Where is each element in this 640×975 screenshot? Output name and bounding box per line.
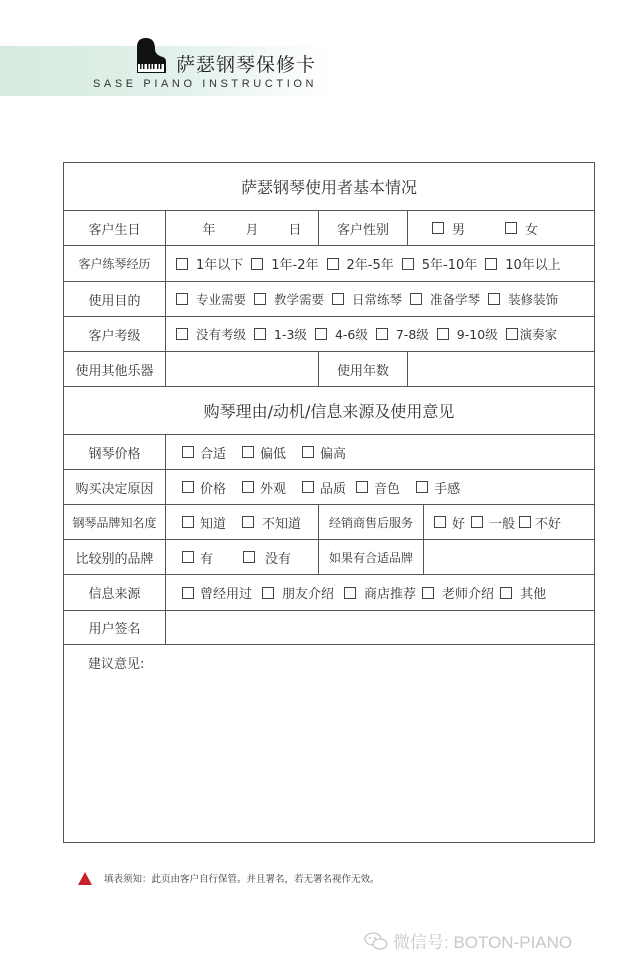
checkbox[interactable]: [432, 222, 444, 234]
section1-title: 萨瑟钢琴使用者基本情况: [241, 175, 417, 198]
experience-option[interactable]: 1年-2年: [251, 254, 318, 273]
checkbox[interactable]: [485, 258, 497, 270]
checkbox[interactable]: [176, 293, 188, 305]
purpose-option[interactable]: 准备学琴: [410, 290, 480, 308]
wechat-icon: [363, 931, 389, 951]
month-label: 月: [245, 219, 258, 238]
brand-title: 萨瑟钢琴保修卡: [176, 50, 316, 77]
checkbox[interactable]: [416, 481, 428, 493]
checkbox[interactable]: [242, 481, 254, 493]
reason-options: 价格 外观 品质 音色 手感: [165, 470, 594, 504]
row-purpose: 使用目的 专业需要 教学需要 日常练琴 准备学琴 装修装饰: [64, 281, 594, 316]
checkbox[interactable]: [302, 481, 314, 493]
reason-option[interactable]: 外观: [242, 478, 286, 497]
experience-label: 客户练琴经历: [64, 246, 165, 281]
service-options: 好 一般 不好: [423, 505, 594, 539]
source-option[interactable]: 商店推荐: [344, 583, 416, 602]
warranty-form-table: 萨瑟钢琴使用者基本情况 客户生日 年 月 日 客户性别 男 女 客户练琴经历 1…: [63, 162, 595, 843]
checkbox[interactable]: [356, 481, 368, 493]
compare-options: 有 没有: [165, 540, 318, 574]
watermark-text: 微信号: BOTON-PIANO: [393, 928, 572, 953]
source-options: 曾经用过 朋友介绍 商店推荐 老师介绍 其他: [165, 575, 594, 610]
gender-options: 男 女: [407, 211, 594, 245]
experience-option[interactable]: 2年-5年: [327, 254, 394, 273]
checkbox[interactable]: [315, 328, 327, 340]
checkbox[interactable]: [254, 328, 266, 340]
checkbox[interactable]: [182, 551, 194, 563]
day-label: 日: [289, 219, 302, 238]
notice-text: 填表须知：此页由客户自行保管。并且署名，若无署名视作无效。: [104, 871, 380, 885]
grade-option[interactable]: 9-10级: [437, 325, 498, 343]
suggestions-label: 建议意见:: [88, 653, 144, 672]
suitable-brand-label: 如果有合适品牌: [318, 540, 423, 574]
checkbox[interactable]: [302, 446, 314, 458]
brand-awareness-option[interactable]: 不知道: [242, 513, 301, 532]
signature-label: 用户签名: [64, 611, 165, 644]
checkbox[interactable]: [505, 222, 517, 234]
purpose-option[interactable]: 教学需要: [254, 290, 324, 308]
checkbox[interactable]: [500, 587, 512, 599]
experience-options: 1年以下 1年-2年 2年-5年 5年-10年 10年以上: [165, 246, 594, 281]
grade-options: 没有考级 1-3级 4-6级 7-8级 9-10级 演奏家: [165, 317, 594, 351]
suitable-brand-field[interactable]: [423, 540, 594, 574]
service-label: 经销商售后服务: [318, 505, 423, 539]
row-experience: 客户练琴经历 1年以下 1年-2年 2年-5年 5年-10年 10年以上: [64, 245, 594, 281]
other-instruments-field[interactable]: [165, 352, 318, 386]
brand-awareness-label: 钢琴品牌知名度: [64, 505, 165, 539]
source-label: 信息来源: [64, 575, 165, 610]
row-other-instruments: 使用其他乐器 使用年数: [64, 351, 594, 386]
section2-header: 购琴理由/动机/信息来源及使用意见: [64, 386, 594, 434]
checkbox[interactable]: [182, 516, 194, 528]
reason-option[interactable]: 手感: [416, 478, 460, 497]
source-option[interactable]: 曾经用过: [182, 583, 252, 602]
compare-option[interactable]: 没有: [243, 548, 291, 567]
service-option[interactable]: 一般: [471, 513, 515, 532]
purpose-options: 专业需要 教学需要 日常练琴 准备学琴 装修装饰: [165, 282, 594, 316]
checkbox[interactable]: [176, 328, 188, 340]
purpose-option[interactable]: 专业需要: [176, 290, 246, 308]
warning-icon: [78, 872, 92, 885]
checkbox[interactable]: [422, 587, 434, 599]
grade-option[interactable]: 演奏家: [506, 325, 558, 343]
signature-field[interactable]: [165, 611, 594, 644]
years-used-label: 使用年数: [318, 352, 407, 386]
source-option[interactable]: 其他: [500, 583, 546, 602]
experience-option[interactable]: 1年以下: [176, 254, 243, 273]
checkbox[interactable]: [471, 516, 483, 528]
compare-option[interactable]: 有: [182, 548, 213, 567]
checkbox[interactable]: [402, 258, 414, 270]
birthday-field[interactable]: 年 月 日: [165, 211, 318, 245]
source-option[interactable]: 老师介绍: [422, 583, 494, 602]
grade-option[interactable]: 没有考级: [176, 325, 246, 343]
price-label: 钢琴价格: [64, 435, 165, 469]
row-suggestions[interactable]: 建议意见:: [64, 644, 594, 842]
checkbox[interactable]: [262, 587, 274, 599]
price-option[interactable]: 偏低: [242, 443, 286, 462]
grade-option[interactable]: 1-3级: [254, 325, 307, 343]
checkbox[interactable]: [243, 551, 255, 563]
row-brand-awareness-service: 钢琴品牌知名度 知道 不知道 经销商售后服务 好 一般 不好: [64, 504, 594, 539]
row-price: 钢琴价格 合适 偏低 偏高: [64, 434, 594, 469]
price-option[interactable]: 合适: [182, 443, 226, 462]
checkbox[interactable]: [254, 293, 266, 305]
reason-option[interactable]: 音色: [356, 478, 400, 497]
service-option[interactable]: 不好: [519, 513, 561, 532]
checkbox[interactable]: [506, 328, 518, 340]
row-signature: 用户签名: [64, 610, 594, 644]
checkbox[interactable]: [376, 328, 388, 340]
fill-notice: 填表须知：此页由客户自行保管。并且署名，若无署名视作无效。: [78, 871, 380, 885]
birthday-label: 客户生日: [64, 211, 165, 245]
source-option[interactable]: 朋友介绍: [262, 583, 334, 602]
checkbox[interactable]: [437, 328, 449, 340]
gender-label: 客户性别: [318, 211, 407, 245]
section1-header: 萨瑟钢琴使用者基本情况: [64, 163, 594, 210]
checkbox[interactable]: [182, 446, 194, 458]
row-reason: 购买决定原因 价格 外观 品质 音色 手感: [64, 469, 594, 504]
service-option[interactable]: 好: [434, 513, 465, 532]
reason-label: 购买决定原因: [64, 470, 165, 504]
wechat-watermark: 微信号: BOTON-PIANO: [363, 928, 572, 953]
gender-option-female[interactable]: 女: [505, 219, 538, 238]
row-compare-brands: 比较别的品牌 有 没有 如果有合适品牌: [64, 539, 594, 574]
row-info-source: 信息来源 曾经用过 朋友介绍 商店推荐 老师介绍 其他: [64, 574, 594, 610]
purpose-option[interactable]: 装修装饰: [488, 290, 558, 308]
checkbox[interactable]: [182, 587, 194, 599]
checkbox[interactable]: [242, 516, 254, 528]
price-options: 合适 偏低 偏高: [165, 435, 594, 469]
row-birthday-gender: 客户生日 年 月 日 客户性别 男 女: [64, 210, 594, 245]
row-grade: 客户考级 没有考级 1-3级 4-6级 7-8级 9-10级 演奏家: [64, 316, 594, 351]
reason-option[interactable]: 价格: [182, 478, 226, 497]
section2-title: 购琴理由/动机/信息来源及使用意见: [204, 399, 455, 422]
grade-option[interactable]: 4-6级: [315, 325, 368, 343]
grade-label: 客户考级: [64, 317, 165, 351]
other-instruments-label: 使用其他乐器: [64, 352, 165, 386]
checkbox[interactable]: [519, 516, 531, 528]
brand-awareness-options: 知道 不知道: [165, 505, 318, 539]
brand-subtitle: SASE PIANO INSTRUCTION: [93, 78, 317, 90]
checkbox[interactable]: [410, 293, 422, 305]
grade-option[interactable]: 7-8级: [376, 325, 429, 343]
year-label: 年: [202, 219, 215, 238]
checkbox[interactable]: [488, 293, 500, 305]
checkbox[interactable]: [242, 446, 254, 458]
checkbox[interactable]: [344, 587, 356, 599]
purpose-option[interactable]: 日常练琴: [332, 290, 402, 308]
checkbox[interactable]: [182, 481, 194, 493]
experience-option[interactable]: 10年以上: [485, 254, 561, 273]
checkbox[interactable]: [332, 293, 344, 305]
checkbox[interactable]: [251, 258, 263, 270]
experience-option[interactable]: 5年-10年: [402, 254, 478, 273]
purpose-label: 使用目的: [64, 282, 165, 316]
piano-icon: [133, 37, 167, 75]
checkbox[interactable]: [434, 516, 446, 528]
compare-label: 比较别的品牌: [64, 540, 165, 574]
years-used-field[interactable]: [407, 352, 594, 386]
reason-option[interactable]: 品质: [302, 478, 346, 497]
checkbox[interactable]: [327, 258, 339, 270]
brand-awareness-option[interactable]: 知道: [182, 513, 226, 532]
checkbox[interactable]: [176, 258, 188, 270]
price-option[interactable]: 偏高: [302, 443, 346, 462]
gender-option-male[interactable]: 男: [432, 219, 465, 238]
